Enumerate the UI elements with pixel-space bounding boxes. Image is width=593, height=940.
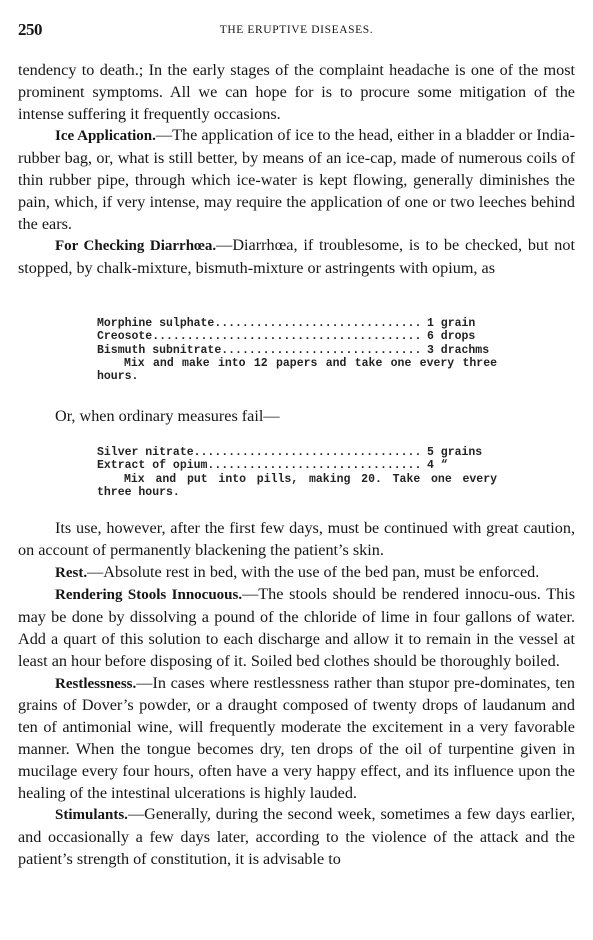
runin-heading: Rendering Stools Innocuous.	[55, 587, 242, 603]
paragraph-stimulants: Stimulants.—Generally, during the second…	[18, 804, 575, 870]
prescription-2: Silver nitrate .........................…	[97, 446, 497, 499]
running-title: THE ERUPTIVE DISEASES.	[18, 24, 575, 36]
paragraph-ice-application: Ice Application.—The application of ice …	[18, 125, 575, 235]
prescription-item: Bismuth subnitrate .....................…	[97, 344, 497, 357]
leader-dots: ........................................…	[152, 330, 424, 343]
paragraph-rendering-stools: Rendering Stools Innocuous.—The stools s…	[18, 584, 575, 672]
prescription-note: Mix and put into pills, making 20. Take …	[97, 473, 497, 500]
prescription-item: Morphine sulphate ......................…	[97, 317, 497, 330]
runin-heading: Ice Application.	[55, 128, 156, 144]
paragraph-continuation: tendency to death.; In the early stages …	[18, 60, 575, 125]
or-line: Or, when ordinary measures fail—	[55, 407, 280, 426]
prescription-item: Extract of opium........................…	[97, 459, 497, 472]
leader-dots: ........................................…	[207, 459, 424, 472]
paragraph-restlessness: Restlessness.—In cases where restlessnes…	[18, 673, 575, 805]
leader-dots: ........................................…	[214, 317, 424, 330]
runin-heading: Restlessness.	[55, 676, 136, 692]
prescription-item: Creosote ...............................…	[97, 330, 497, 343]
runin-heading: Stimulants.	[55, 807, 128, 823]
text-block-bottom: Its use, however, after the first few da…	[18, 518, 575, 871]
prescription-note: Mix and make into 12 papers and take one…	[97, 357, 497, 384]
paragraph-its-use: Its use, however, after the first few da…	[18, 518, 575, 562]
runin-heading: For Checking Diarrhœa.	[55, 238, 216, 254]
text-block-top: tendency to death.; In the early stages …	[18, 60, 575, 280]
page-header: 250 THE ERUPTIVE DISEASES.	[18, 20, 575, 40]
runin-heading: Rest.	[55, 565, 87, 581]
paragraph-checking-diarrhoea: For Checking Diarrhœa.—Diarrhœa, if trou…	[18, 235, 575, 280]
leader-dots: ........................................…	[194, 446, 424, 459]
prescription-1: Morphine sulphate ......................…	[97, 317, 497, 383]
leader-dots: ........................................…	[221, 344, 424, 357]
prescription-item: Silver nitrate .........................…	[97, 446, 497, 459]
paragraph-rest: Rest.—Absolute rest in bed, with the use…	[18, 562, 575, 585]
